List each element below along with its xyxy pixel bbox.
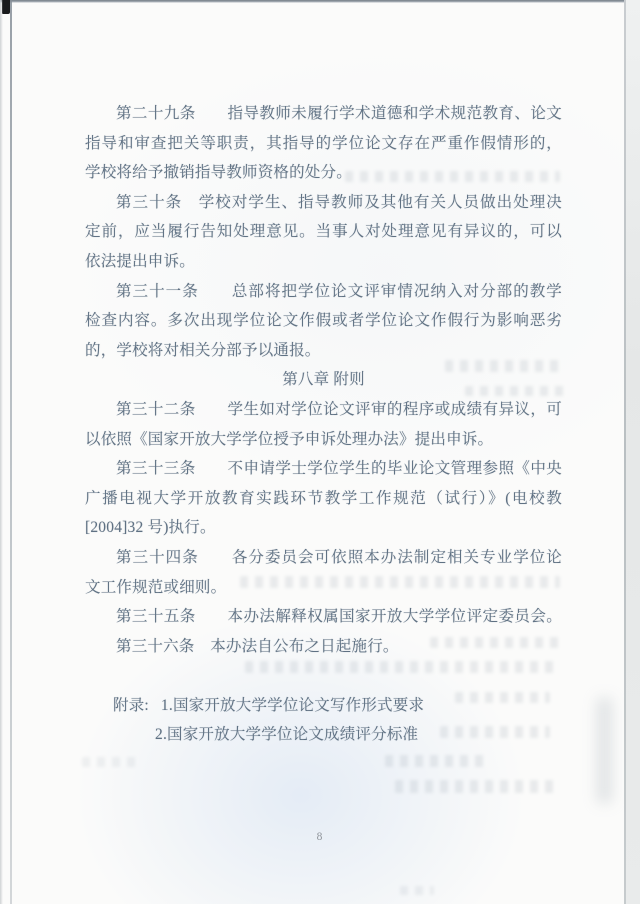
- document-line: 第三十六条 本办法自公布之日起施行。: [85, 632, 562, 662]
- document-line: 检查内容。多次出现学位论文作假或者学位论文作假行为影响恶劣: [85, 306, 562, 336]
- document-line: [2004]32 号)执行。: [85, 513, 562, 543]
- document-line: 指导和审查把关等职责，其指导的学位论文存在严重作假情形的，: [85, 129, 562, 159]
- bleedthrough-ghost: [395, 780, 555, 793]
- document-line: 第三十一条 总部将把学位论文评审情况纳入对分部的教学: [85, 277, 562, 307]
- document-line: 广播电视大学开放教育实践环节教学工作规范（试行）》(电校教: [85, 484, 562, 514]
- document-line: 的，学校将对相关分部予以通报。: [85, 336, 562, 366]
- appendix-item: 1.国家开放大学学位论文写作形式要求: [161, 697, 424, 714]
- bleedthrough-ghost: [82, 757, 142, 767]
- scan-artifact-top-edge-line: [0, 0, 640, 3]
- document-line: 依法提出申诉。: [85, 247, 562, 277]
- appendix-line: 附录:1.国家开放大学学位论文写作形式要求: [85, 691, 562, 721]
- document-line: 第二十九条 指导教师未履行学术道德和学术规范教育、论文: [85, 99, 562, 129]
- appendix-label: 附录:: [113, 697, 149, 714]
- bleedthrough-ghost: [385, 755, 485, 767]
- document-line: 学校将给予撤销指导教师资格的处分。: [85, 158, 562, 188]
- blank-line: [85, 661, 562, 691]
- document-line: 第三十二条 学生如对学位论文评审的程序或成绩有异议，可: [85, 395, 562, 425]
- chapter-heading: 第八章 附则: [85, 365, 562, 395]
- scan-artifact-smudge: [597, 698, 612, 803]
- document-line: 定前，应当履行告知处理意见。当事人对处理意见有异议的，可以: [85, 217, 562, 247]
- bleedthrough-ghost: [400, 886, 434, 895]
- appendix-item: 2.国家开放大学学位论文成绩评分标准: [155, 726, 418, 743]
- page-number: 8: [0, 831, 640, 843]
- scan-artifact-left-edge-line: [10, 0, 12, 904]
- document-line: 以依照《国家开放大学学位授予申诉处理办法》提出申诉。: [85, 425, 562, 455]
- document-line: 第三十三条 不申请学士学位学生的毕业论文管理参照《中央: [85, 454, 562, 484]
- document-body: 第二十九条 指导教师未履行学术道德和学术规范教育、论文 指导和审查把关等职责，其…: [85, 99, 562, 750]
- appendix-line: 2.国家开放大学学位论文成绩评分标准: [85, 720, 562, 750]
- scanned-document-page: 第二十九条 指导教师未履行学术道德和学术规范教育、论文 指导和审查把关等职责，其…: [0, 0, 640, 904]
- document-line: 第三十条 学校对学生、指导教师及其他有关人员做出处理决: [85, 188, 562, 218]
- scan-artifact-left-strip: [0, 0, 3, 904]
- document-line: 第三十四条 各分委员会可依照本办法制定相关专业学位论: [85, 543, 562, 573]
- scan-artifact-right-strip: [626, 0, 640, 904]
- document-line: 第三十五条 本办法解释权属国家开放大学学位评定委员会。: [85, 602, 562, 632]
- document-line: 文工作规范或细则。: [85, 573, 562, 603]
- scan-artifact-corner-mark: [2, 0, 10, 14]
